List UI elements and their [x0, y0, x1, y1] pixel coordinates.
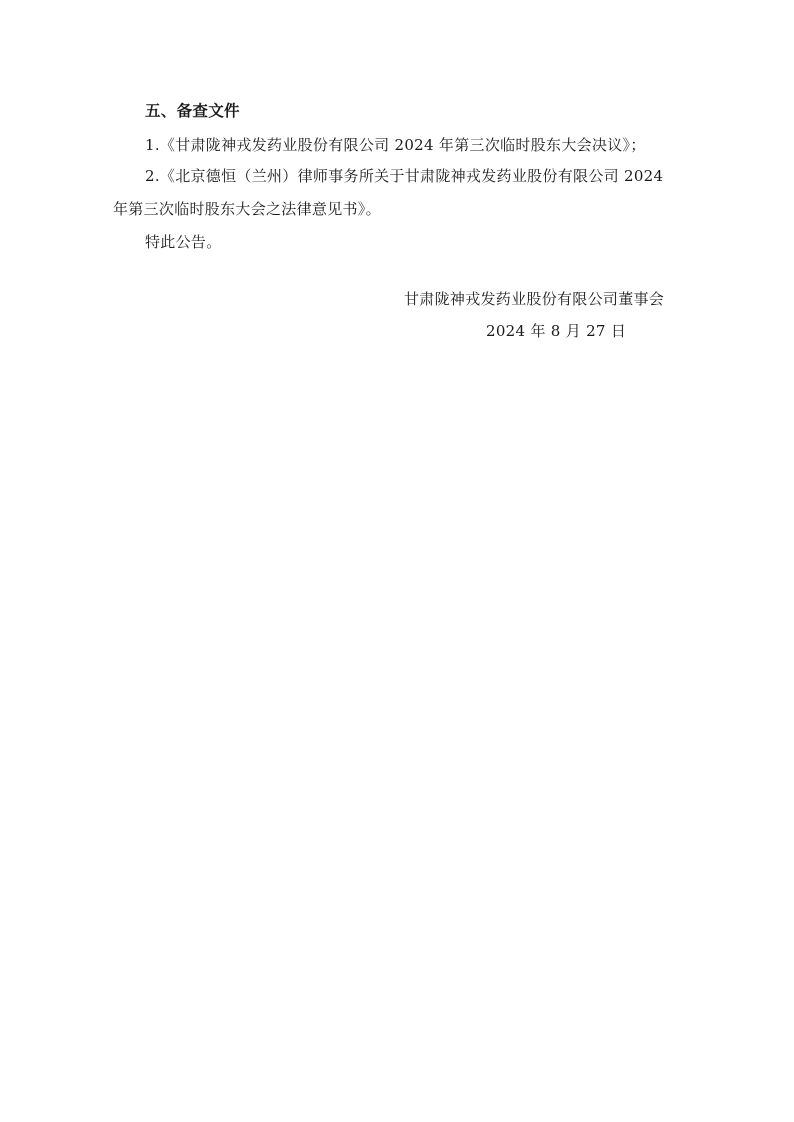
signature-date: 2024 年 8 月 27 日 — [486, 321, 626, 341]
section-heading: 五、备查文件 — [145, 101, 240, 121]
document-item-2-line-2: 年第三次临时股东大会之法律意见书》。 — [113, 199, 381, 219]
document-item-2-line-1: 2.《北京德恒（兰州）律师事务所关于甘肃陇神戎发药业股份有限公司 2024 — [145, 166, 663, 186]
signature-company: 甘肃陇神戎发药业股份有限公司董事会 — [404, 289, 664, 309]
document-item-1: 1.《甘肃陇神戎发药业股份有限公司 2024 年第三次临时股东大会决议》； — [145, 135, 646, 155]
closing-text: 特此公告。 — [145, 232, 222, 252]
